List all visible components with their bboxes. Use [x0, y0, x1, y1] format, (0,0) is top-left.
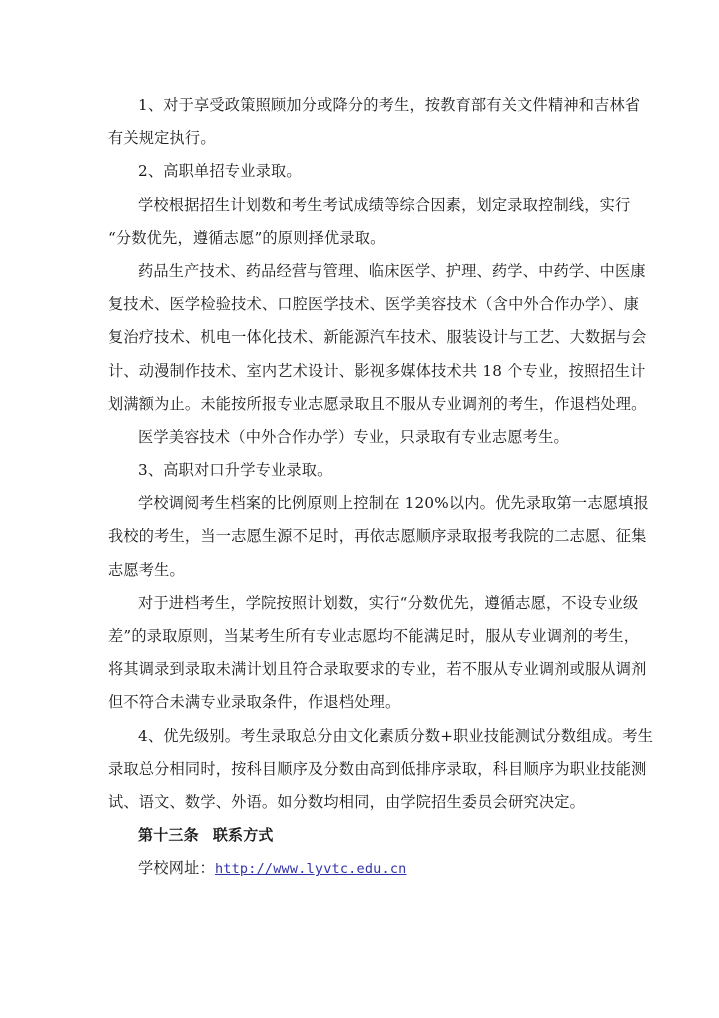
website-label: 学校网址： — [138, 859, 215, 877]
paragraph-3-line-1: 学校根据招生计划数和考生考试成绩等综合因素，划定录取控制线，实行 — [108, 192, 630, 225]
paragraph-4-line-3: 复治疗技术、机电一体化技术、新能源汽车技术、服装设计与工艺、大数据与会 — [108, 324, 630, 357]
paragraph-3-line-2: “分数优先，遵循志愿”的原则择优录取。 — [108, 225, 630, 258]
paragraph-4-line-2: 复技术、医学检验技术、口腔医学技术、医学美容技术（含中外合作办学）、康 — [108, 291, 630, 324]
paragraph-1-line-2: 有关规定执行。 — [108, 125, 630, 158]
paragraph-2-line-1: 2、高职单招专业录取。 — [108, 158, 630, 191]
website-link[interactable]: http://www.lyvtc.edu.cn — [215, 861, 407, 877]
paragraph-4-line-4: 计、动漫制作技术、室内艺术设计、影视多媒体技术共 18 个专业，按照招生计 — [108, 358, 630, 391]
paragraph-8-line-4: 但不符合未满专业录取条件，作退档处理。 — [108, 689, 630, 722]
section-title: 联系方式 — [213, 826, 274, 844]
paragraph-8-line-1: 对于进档考生，学院按照计划数，实行“分数优先，遵循志愿，不设专业级 — [108, 590, 630, 623]
paragraph-7-line-3: 志愿考生。 — [108, 557, 630, 590]
paragraph-9-line-1: 4、优先级别。考生录取总分由文化素质分数+职业技能测试分数组成。考生 — [108, 723, 630, 756]
paragraph-7-line-2: 我校的考生，当一志愿生源不足时，再依志愿顺序录取报考我院的二志愿、征集 — [108, 523, 630, 556]
paragraph-8-line-2: 差”的录取原则，当某考生所有专业志愿均不能满足时，服从专业调剂的考生， — [108, 623, 630, 656]
paragraph-7-line-1: 学校调阅考生档案的比例原则上控制在 120%以内。优先录取第一志愿填报 — [108, 490, 630, 523]
paragraph-1-line-1: 1、对于享受政策照顾加分或降分的考生，按教育部有关文件精神和吉林省 — [108, 92, 630, 125]
website-line: 学校网址：http://www.lyvtc.edu.cn — [108, 855, 630, 888]
paragraph-4-line-1: 药品生产技术、药品经营与管理、临床医学、护理、药学、中药学、中医康 — [108, 258, 630, 291]
paragraph-6-line-1: 3、高职对口升学专业录取。 — [108, 457, 630, 490]
paragraph-8-line-3: 将其调录到录取未满计划且符合录取要求的专业，若不服从专业调剂或服从调剂 — [108, 656, 630, 689]
section-article-number: 第十三条 — [138, 826, 199, 844]
paragraph-5-line-1: 医学美容技术（中外合作办学）专业，只录取有专业志愿考生。 — [108, 424, 630, 457]
section-heading: 第十三条联系方式 — [108, 822, 630, 855]
document-page: 1、对于享受政策照顾加分或降分的考生，按教育部有关文件精神和吉林省 有关规定执行… — [108, 92, 630, 889]
paragraph-9-line-2: 录取总分相同时，按科目顺序及分数由高到低排序录取，科目顺序为职业技能测 — [108, 756, 630, 789]
paragraph-4-line-5: 划满额为止。未能按所报专业志愿录取且不服从专业调剂的考生，作退档处理。 — [108, 391, 630, 424]
paragraph-9-line-3: 试、语文、数学、外语。如分数均相同，由学院招生委员会研究决定。 — [108, 789, 630, 822]
